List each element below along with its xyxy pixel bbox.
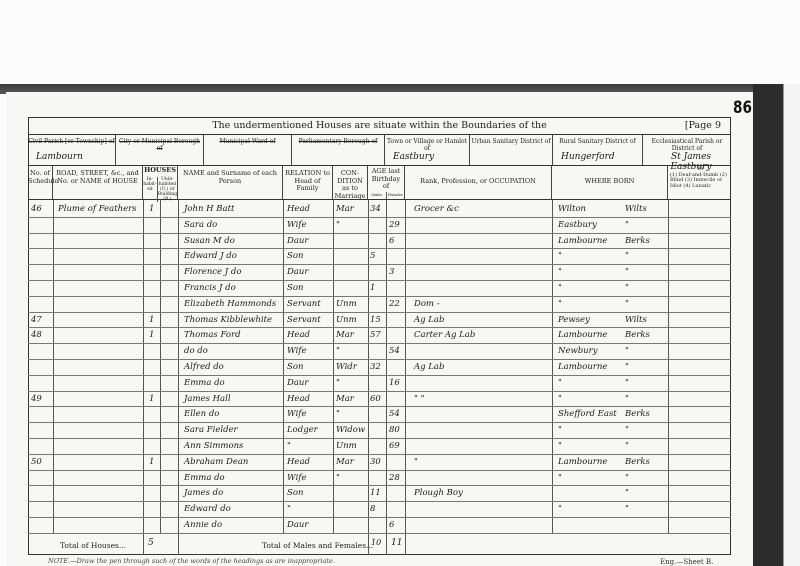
birthplace-county: ": [625, 299, 629, 309]
person-name: Edward do: [184, 504, 231, 514]
header-houses: HOUSES In-habit-ed Unin-habited (U.) or …: [143, 166, 178, 200]
marital-condition: ": [336, 346, 340, 356]
occupation: Ag Lab: [414, 315, 444, 325]
admin-rural-sanitary: Rural Sanitary District of Hungerford: [553, 135, 643, 166]
header-infirmity: 11 (1) Deaf-and-Dumb (2) Blind (3) Imbec…: [668, 166, 731, 200]
birthplace-county: ": [625, 473, 629, 483]
header-schedule: No. of Schedule: [28, 166, 53, 200]
boundaries-banner: The undermentioned Houses are situate wi…: [28, 117, 731, 135]
person-name: James Hall: [184, 394, 231, 404]
birthplace-county: ": [625, 346, 629, 356]
female-age: 3: [389, 267, 394, 277]
relation-to-head: Head: [287, 330, 310, 340]
female-age: 28: [389, 473, 400, 483]
male-age: 60: [370, 394, 381, 404]
schedule-number: 46: [31, 204, 42, 214]
relation-to-head: ": [287, 441, 291, 451]
birthplace-parish: Eastbury: [558, 220, 597, 230]
birthplace-county: ": [625, 504, 629, 514]
page-label: [Page 9: [685, 120, 721, 131]
birthplace-county: ": [625, 283, 629, 293]
admin-label: Town or Village or Hamlet of: [385, 138, 469, 152]
marital-condition: Widr: [336, 362, 357, 372]
row-rule: [28, 470, 731, 471]
column-divider: [333, 200, 334, 533]
header-inhabited: In-habit-ed: [143, 177, 158, 202]
person-name: Thomas Kibblewhite: [184, 315, 272, 325]
enumerator-sheet-label: Eng.—Sheet B.: [660, 558, 713, 566]
male-age: 11: [370, 488, 381, 498]
marital-condition: Mar: [336, 330, 354, 340]
row-rule: [28, 517, 731, 518]
banner-text: The undermentioned Houses are situate wi…: [28, 120, 731, 131]
birthplace-parish: ": [558, 394, 562, 404]
header-uninhabited: Unin-habited (U.) or Building (B.): [158, 177, 177, 202]
birthplace-county: Berks: [625, 330, 650, 340]
occupation: Ag Lab: [414, 362, 444, 372]
relation-to-head: Wife: [287, 473, 306, 483]
header-road: ROAD, STREET, &c., and No. or NAME of HO…: [53, 166, 143, 200]
row-rule: [28, 217, 731, 218]
relation-to-head: Servant: [287, 315, 321, 325]
road-or-house-name: Plume of Feathers: [58, 204, 137, 214]
relation-to-head: Son: [287, 283, 303, 293]
birthplace-parish: ": [558, 378, 562, 388]
relation-to-head: Servant: [287, 299, 321, 309]
row-rule: [28, 280, 731, 281]
row-rule: [28, 533, 731, 534]
marital-condition: ": [336, 220, 340, 230]
female-age: 29: [389, 220, 400, 230]
marital-condition: Unm: [336, 299, 357, 309]
admin-civil-parish: Civil Parish [or Township] of Lambourn: [28, 135, 116, 166]
relation-to-head: Son: [287, 362, 303, 372]
relation-to-head: Head: [287, 204, 310, 214]
folio-number: 86: [733, 98, 752, 118]
marital-condition: ": [336, 378, 340, 388]
row-rule: [28, 454, 731, 455]
person-name: John H Batt: [184, 204, 234, 214]
birthplace-county: ": [625, 488, 629, 498]
person-name: Annie do: [184, 520, 222, 530]
row-rule: [28, 391, 731, 392]
male-age: 5: [370, 251, 375, 261]
inhabited-count: 1: [149, 315, 154, 325]
birthplace-county: ": [625, 362, 629, 372]
admin-label: Ecclesiastical Parish or District of: [643, 138, 731, 152]
row-rule: [28, 406, 731, 407]
header-where-born: WHERE BORN: [552, 166, 668, 200]
schedule-number: 50: [31, 457, 42, 467]
marital-condition: Widow: [336, 425, 365, 435]
person-name: Emma do: [184, 378, 225, 388]
admin-urban-sanitary: Urban Sanitary District of: [470, 135, 553, 166]
marital-condition: ": [336, 409, 340, 419]
male-age: 34: [370, 204, 381, 214]
person-name: Thomas Ford: [184, 330, 241, 340]
female-age: 69: [389, 441, 400, 451]
column-divider: [53, 200, 54, 533]
person-name: Sara do: [184, 220, 217, 230]
admin-town-village-hamlet: Town or Village or Hamlet of Eastbury: [385, 135, 470, 166]
column-divider: [160, 200, 161, 533]
male-age: 57: [370, 330, 381, 340]
header-condition: CON-DITION as to Marriage: [333, 166, 368, 200]
female-age: 6: [389, 520, 394, 530]
admin-municipal-ward: Municipal Ward of: [204, 135, 292, 166]
relation-to-head: Son: [287, 251, 303, 261]
relation-to-head: Daur: [287, 378, 308, 388]
birthplace-county: ": [625, 425, 629, 435]
person-name: Abraham Dean: [184, 457, 248, 467]
header-females: Females: [387, 192, 405, 200]
birthplace-county: Berks: [625, 236, 650, 246]
header-occupation: Rank, Profession, or OCCUPATION: [405, 166, 552, 200]
row-rule: [28, 264, 731, 265]
birthplace-parish: ": [558, 504, 562, 514]
birthplace-parish: Pewsey: [558, 315, 590, 325]
relation-to-head: Daur: [287, 520, 308, 530]
relation-to-head: Wife: [287, 346, 306, 356]
female-age: 54: [389, 346, 400, 356]
admin-label: Urban Sanitary District of: [470, 138, 552, 145]
admin-value: Hungerford: [561, 152, 615, 162]
admin-ecclesiastical-parish: Ecclesiastical Parish or District of St …: [643, 135, 731, 166]
row-rule: [28, 375, 731, 376]
occupation: ": [414, 457, 418, 467]
birthplace-parish: Lambourne: [558, 362, 607, 372]
female-age: 54: [389, 409, 400, 419]
birthplace-county: ": [625, 378, 629, 388]
book-spine: [753, 84, 783, 566]
person-name: Francis J do: [184, 283, 236, 293]
column-divider: [283, 200, 284, 533]
row-rule: [28, 312, 731, 313]
person-name: Florence J do: [184, 267, 241, 277]
person-name: Ann Simmons: [184, 441, 243, 451]
person-name: Emma do: [184, 473, 225, 483]
header-name: NAME and Surname of each Person: [178, 166, 283, 200]
row-rule: [28, 327, 731, 328]
occupation: Dom -: [414, 299, 440, 309]
birthplace-parish: ": [558, 425, 562, 435]
header-age: AGE last Birthday of Males Females: [368, 166, 405, 200]
admin-label: Rural Sanitary District of: [553, 138, 642, 145]
birthplace-parish: ": [558, 251, 562, 261]
admin-label: Civil Parish [or Township] of: [28, 138, 115, 145]
birthplace-parish: ": [558, 441, 562, 451]
row-rule: [28, 359, 731, 360]
row-rule: [28, 233, 731, 234]
marital-condition: ": [336, 473, 340, 483]
scan-margin-right: [783, 84, 800, 566]
row-rule: [28, 501, 731, 502]
admin-parliamentary-borough: Parliamentary Borough of: [292, 135, 385, 166]
male-age: 32: [370, 362, 381, 372]
column-divider: [668, 200, 669, 533]
birthplace-parish: Lambourne: [558, 330, 607, 340]
inhabited-count: 1: [149, 330, 154, 340]
admin-label: Parliamentary Borough of: [292, 138, 384, 145]
birthplace-parish: ": [558, 283, 562, 293]
female-age: 16: [389, 378, 400, 388]
birthplace-parish: Lambourne: [558, 457, 607, 467]
person-name: Sara Fielder: [184, 425, 238, 435]
relation-to-head: Head: [287, 394, 310, 404]
birthplace-county: Wilts: [625, 315, 647, 325]
total-persons-label: Total of Males and Females...: [262, 541, 373, 550]
birthplace-county: ": [625, 220, 629, 230]
relation-to-head: Wife: [287, 220, 306, 230]
schedule-number: 49: [31, 394, 42, 404]
marital-condition: Mar: [336, 204, 354, 214]
relation-to-head: Daur: [287, 267, 308, 277]
birthplace-county: ": [625, 267, 629, 277]
male-age: 8: [370, 504, 375, 514]
person-name: Susan M do: [184, 236, 235, 246]
schedule-number: 47: [31, 315, 42, 325]
row-rule: [28, 422, 731, 423]
total-houses-value: 5: [148, 538, 154, 548]
relation-to-head: Daur: [287, 236, 308, 246]
schedule-number: 48: [31, 330, 42, 340]
relation-to-head: ": [287, 504, 291, 514]
row-rule: [28, 248, 731, 249]
total-males-value: 10: [371, 538, 381, 547]
person-name: Ellen do: [184, 409, 219, 419]
occupation: " ": [414, 394, 425, 404]
person-name: Edward J do: [184, 251, 237, 261]
birthplace-parish: Shefford East: [558, 409, 617, 419]
admin-municipal-borough: City or Municipal Borough of: [116, 135, 204, 166]
birthplace-county: Berks: [625, 409, 650, 419]
female-age: 80: [389, 425, 400, 435]
person-name: Elizabeth Hammonds: [184, 299, 276, 309]
birthplace-county: ": [625, 251, 629, 261]
person-name: James do: [184, 488, 223, 498]
inhabited-count: 1: [149, 204, 154, 214]
relation-to-head: Wife: [287, 409, 306, 419]
inhabited-count: 1: [149, 394, 154, 404]
header-age-label: AGE last Birthday of: [372, 167, 401, 190]
row-rule: [28, 343, 731, 344]
birthplace-county: ": [625, 441, 629, 451]
male-age: 1: [370, 283, 375, 293]
birthplace-parish: ": [558, 473, 562, 483]
occupation: Plough Boy: [414, 488, 463, 498]
person-name: Alfred do: [184, 362, 224, 372]
occupation: Carter Ag Lab: [414, 330, 475, 340]
birthplace-parish: Wilton: [558, 204, 586, 214]
inhabited-count: 1: [149, 457, 154, 467]
row-rule: [28, 296, 731, 297]
male-age: 15: [370, 315, 381, 325]
row-rule: [28, 438, 731, 439]
admin-value: Eastbury: [393, 152, 434, 162]
birthplace-parish: ": [558, 299, 562, 309]
birthplace-county: ": [625, 394, 629, 404]
birthplace-county: Berks: [625, 457, 650, 467]
admin-label: City or Municipal Borough of: [116, 138, 203, 152]
admin-value: Lambourn: [36, 152, 83, 162]
instruction-note: NOTE.—Draw the pen through such of the w…: [48, 557, 335, 565]
birthplace-parish: ": [558, 267, 562, 277]
relation-to-head: Son: [287, 488, 303, 498]
header-houses-label: HOUSES: [144, 166, 176, 174]
total-females-value: 11: [391, 538, 402, 548]
marital-condition: Unm: [336, 315, 357, 325]
row-rule: [28, 485, 731, 486]
relation-to-head: Lodger: [287, 425, 318, 435]
female-age: 6: [389, 236, 394, 246]
scan-margin-top: [0, 0, 800, 86]
admin-label: Municipal Ward of: [204, 138, 291, 145]
total-houses-label: Total of Houses...: [60, 541, 126, 550]
birthplace-parish: Lambourne: [558, 236, 607, 246]
birthplace-parish: Newbury: [558, 346, 598, 356]
female-age: 22: [389, 299, 400, 309]
birthplace-county: Wilts: [625, 204, 647, 214]
header-infirmity-label: (1) Deaf-and-Dumb (2) Blind (3) Imbecile…: [670, 172, 727, 189]
relation-to-head: Head: [287, 457, 310, 467]
person-name: do do: [184, 346, 208, 356]
header-relation: RELATION to Head of Family: [283, 166, 333, 200]
column-divider: [552, 200, 553, 533]
header-males: Males: [368, 192, 387, 200]
occupation: Grocer &c: [414, 204, 459, 214]
marital-condition: Mar: [336, 457, 354, 467]
marital-condition: Mar: [336, 394, 354, 404]
male-age: 30: [370, 457, 381, 467]
marital-condition: Unm: [336, 441, 357, 451]
